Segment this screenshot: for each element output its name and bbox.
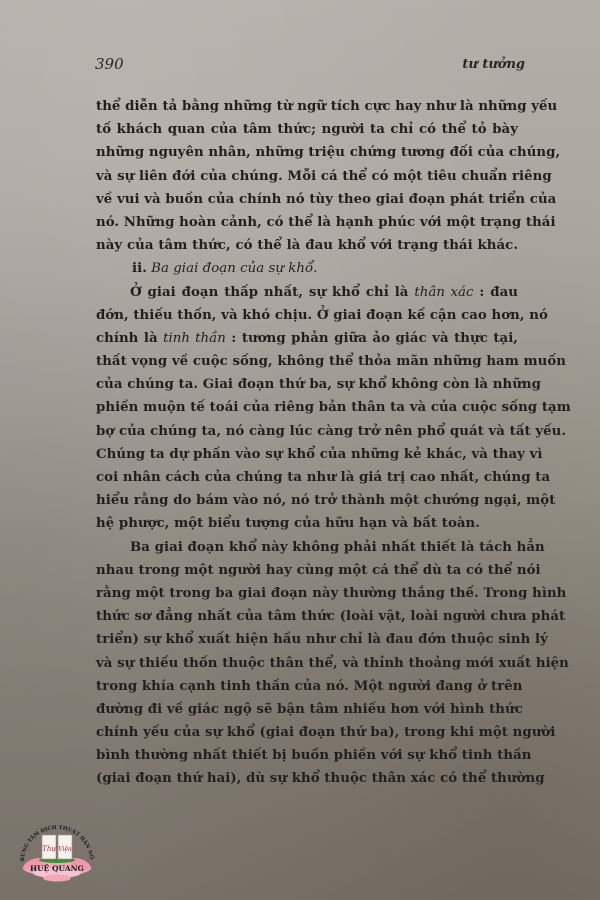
text-line: thể diễn tả bằng những từ ngữ tích cực h… — [96, 95, 518, 118]
text-line: trong khía cạnh tinh thần của nó. Một ng… — [96, 675, 518, 698]
text-line: chính là tinh thần : tương phản giữa ảo … — [96, 327, 518, 350]
text-line: thất vọng về cuộc sống, không thể thỏa m… — [96, 350, 518, 373]
page-number: 390 — [95, 55, 124, 73]
text-line: bợ của chúng ta, nó càng lúc càng trở nê… — [96, 420, 518, 443]
emphasis-text: thân xác — [414, 285, 473, 300]
text-line: này của tâm thức, có thể là đau khổ với … — [96, 234, 518, 257]
running-head: tư tưởng — [462, 57, 525, 72]
text-span: : tương phản giữa ảo giác và thực tại, — [226, 331, 518, 346]
text-line: Chúng ta dự phần vào sự khổ của những kẻ… — [96, 443, 518, 466]
text-line: coi nhân cách của chúng ta như là giá tr… — [96, 466, 518, 489]
text-line: thức sơ đẳng nhất của tâm thức (loài vật… — [96, 605, 518, 628]
text-line: hiểu rằng do bám vào nó, nó trở thành mộ… — [96, 489, 518, 512]
text-line: và sự thiếu thốn thuộc thân thể, và thỉn… — [96, 652, 518, 675]
text-line: (giai đoạn thứ hai), dù sự khổ thuộc thâ… — [96, 767, 518, 790]
section-number: ii. — [132, 261, 147, 276]
text-line: những nguyên nhân, những triệu chứng tươ… — [96, 141, 518, 164]
text-line: về vui và buồn của chính nó tùy theo gia… — [96, 188, 518, 211]
text-line: đường đi về giác ngộ sẽ bận tâm nhiều hơ… — [96, 698, 518, 721]
text-line: của chúng ta. Giai đoạn thứ ba, sự khổ k… — [96, 373, 518, 396]
section-heading: ii. Ba giai đoạn của sự khổ. — [96, 257, 518, 280]
book-right-calligraphy: Viện — [58, 846, 72, 853]
text-line: Ở giai đoạn thấp nhất, sự khổ chỉ là thâ… — [96, 281, 518, 304]
book-left-calligraphy: Thư — [42, 845, 57, 853]
text-line: bình thường nhất thiết bị buồn phiền với… — [96, 744, 518, 767]
text-line: nhau trong một người hay cùng một cá thể… — [96, 559, 518, 582]
text-line: tố khách quan của tâm thức; người ta chỉ… — [96, 118, 518, 141]
text-line: rằng một trong ba giai đoạn này thường t… — [96, 582, 518, 605]
lotus-book-icon: Thư Viện TRUNG TÂM DỊCH THUẬT HÁN NÔM HU… — [18, 818, 96, 884]
emphasis-text: tinh thần — [163, 331, 226, 346]
page-header: 390 tư tưởng — [95, 55, 525, 75]
text-line: Ba giai đoạn khổ này không phải nhất thi… — [96, 536, 518, 559]
watermark-name: HUỆ QUANG — [30, 864, 84, 873]
hue-quang-watermark-logo: Thư Viện TRUNG TÂM DỊCH THUẬT HÁN NÔM HU… — [18, 818, 96, 884]
text-line: hệ phược, một biểu tượng của hữu hạn và … — [96, 512, 518, 535]
text-span: Ở giai đoạn thấp nhất, sự khổ chỉ là — [130, 285, 414, 300]
text-span: : đau — [474, 285, 519, 300]
text-line: triển) sự khổ xuất hiện hầu như chỉ là đ… — [96, 628, 518, 651]
text-line: phiền muộn tế toái của riêng bản thân ta… — [96, 396, 518, 419]
text-line: và sự liên đới của chúng. Mỗi cá thể có … — [96, 165, 518, 188]
text-line: đớn, thiếu thốn, và khó chịu. Ở giai đoạ… — [96, 304, 518, 327]
page-body: thể diễn tả bằng những từ ngữ tích cực h… — [96, 95, 518, 791]
text-span: chính là — [96, 331, 163, 346]
text-line: chính yếu của sự khổ (giai đoạn thứ ba),… — [96, 721, 518, 744]
section-title: Ba giai đoạn của sự khổ. — [151, 261, 317, 276]
text-line: nó. Những hoàn cảnh, có thể là hạnh phúc… — [96, 211, 518, 234]
